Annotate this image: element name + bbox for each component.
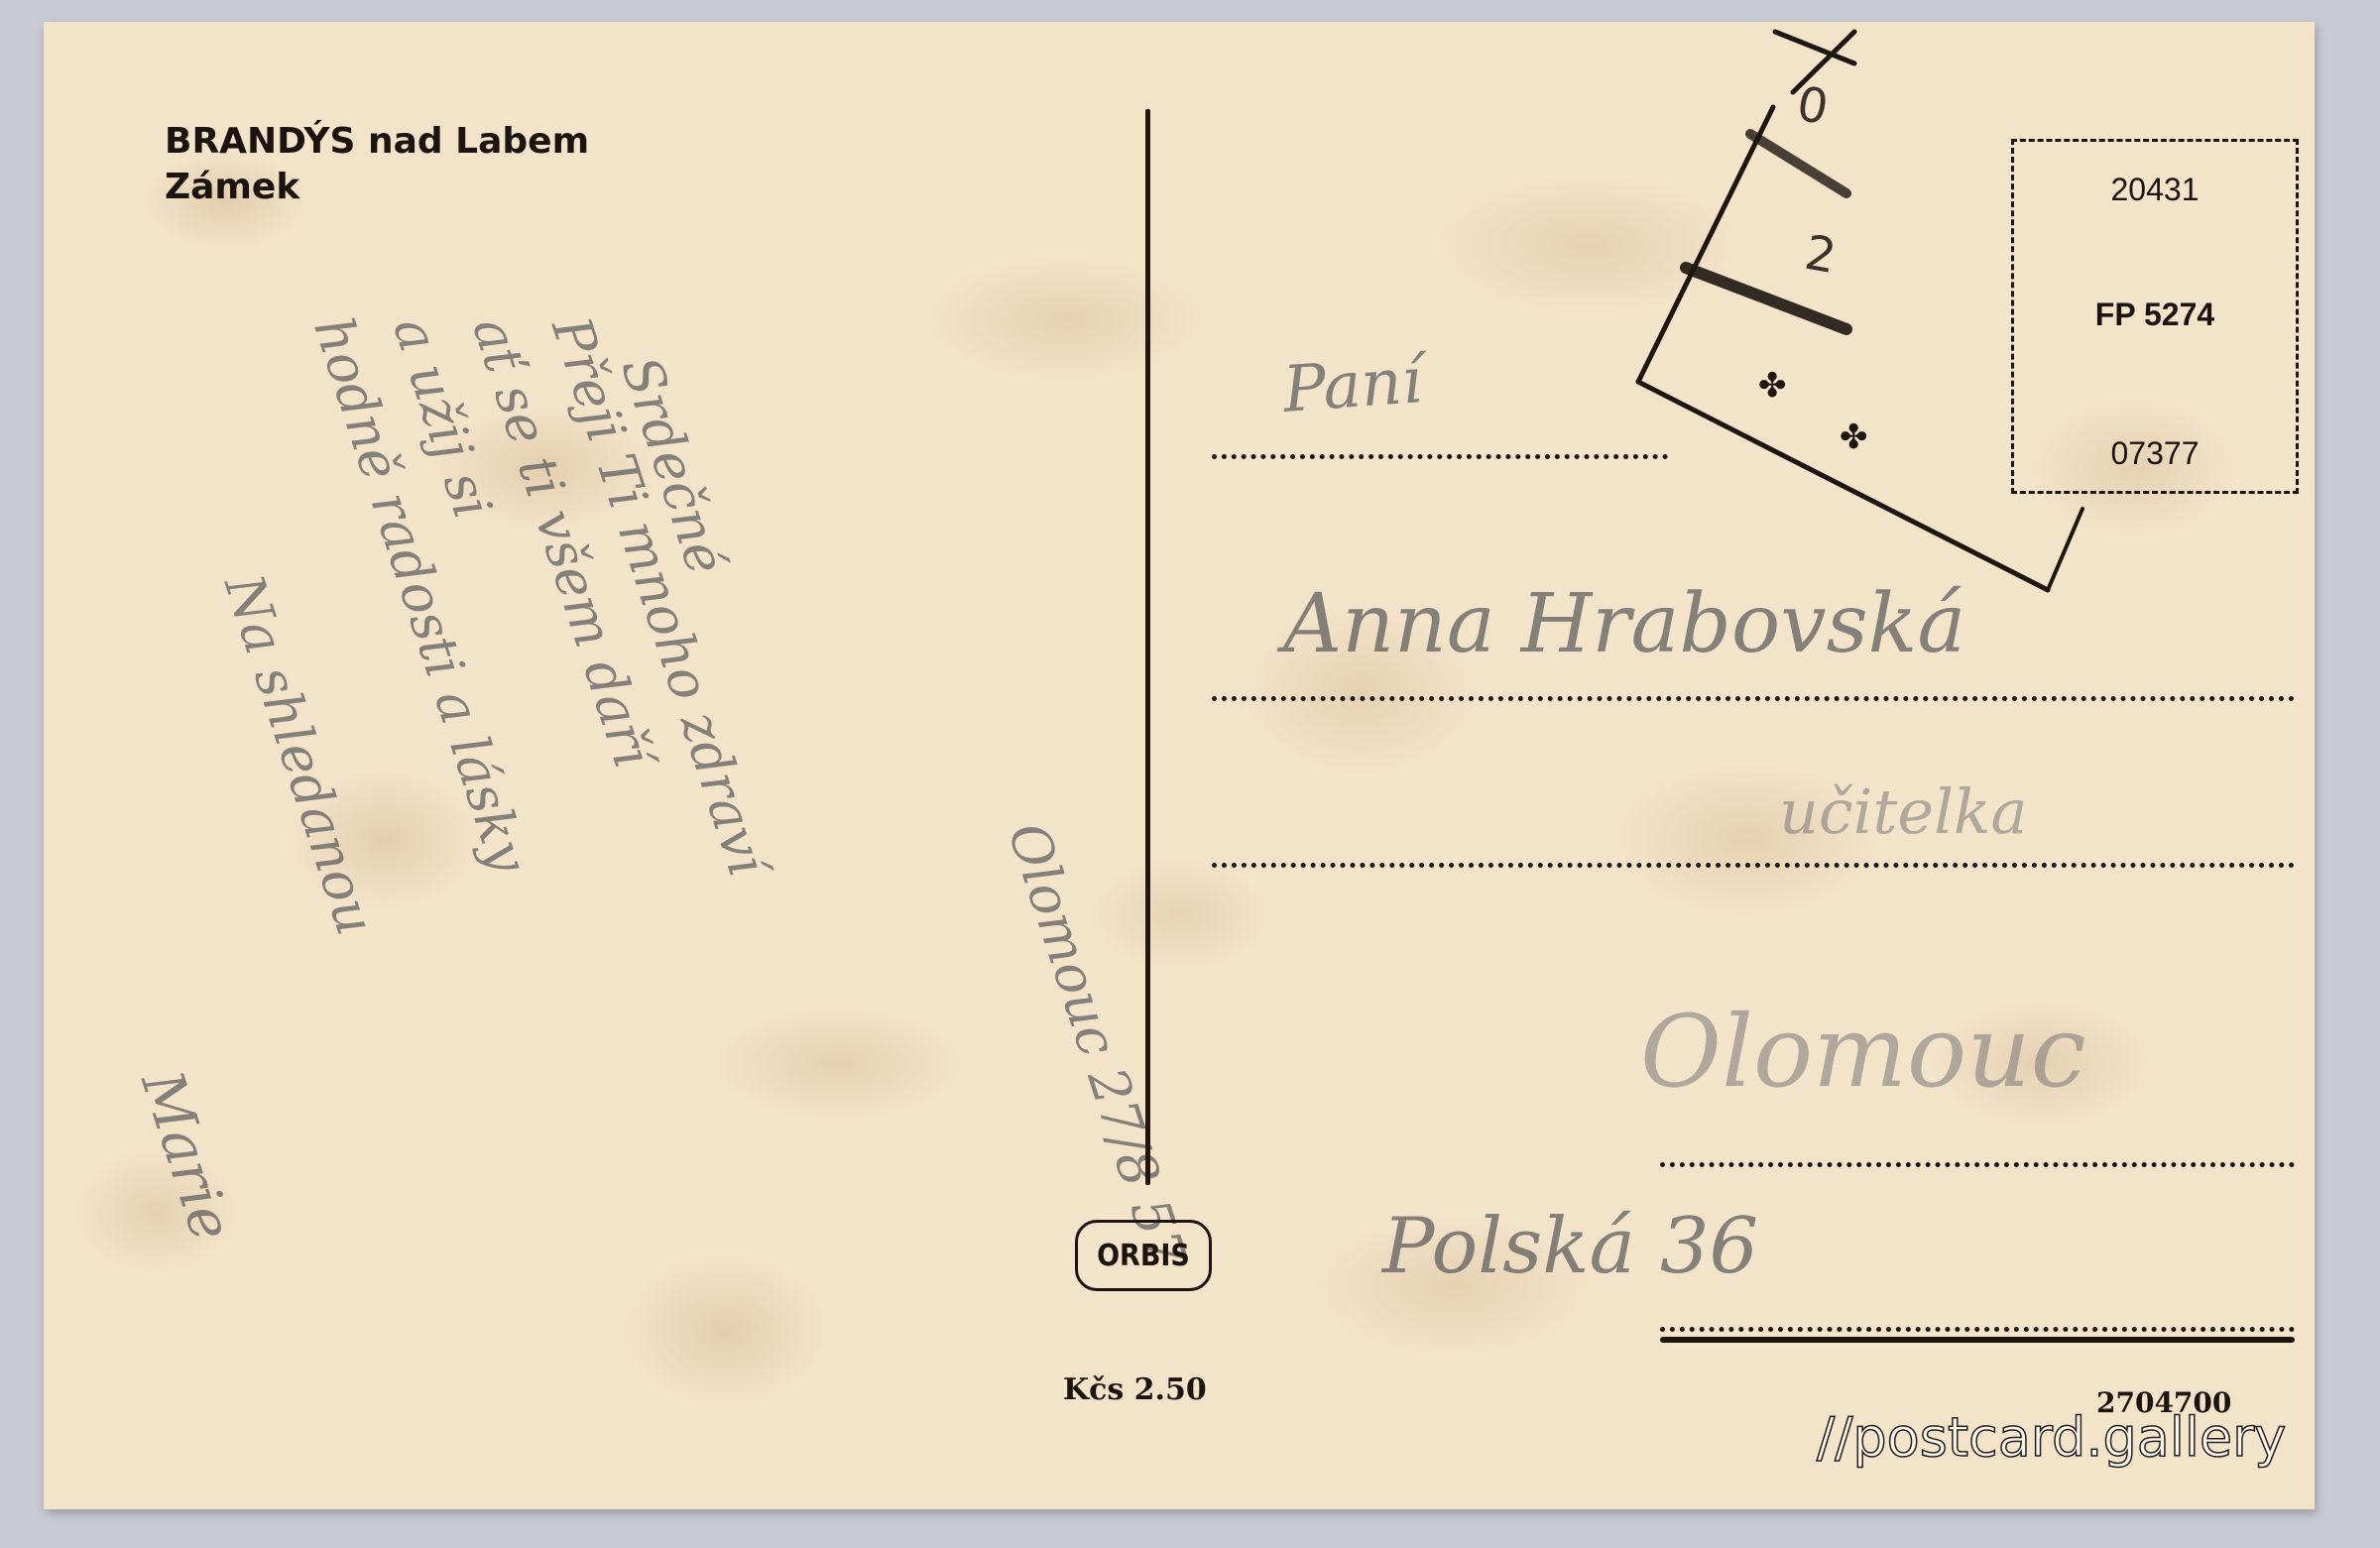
price-label: Kčs 2.50 (1063, 1372, 1207, 1407)
address-line-4 (1660, 1162, 2295, 1167)
caption-title: BRANDÝS nad Labem (165, 119, 589, 165)
stamp-box-line1: 20431 (2014, 172, 2296, 208)
postcard-back: BRANDÝS nad Labem Zámek Srdečné Přeji Ti… (44, 22, 2315, 1509)
stamp-box-fp: FP 5274 (2014, 297, 2296, 333)
address-line2: učitelka (1779, 775, 2027, 848)
stamp-box: 20431 FP 5274 07377 (2011, 139, 2299, 494)
vertical-divider (1145, 109, 1150, 1185)
watermark: //postcard.gallery (1817, 1406, 2286, 1469)
address-line-1 (1212, 454, 1668, 459)
message-signature: Marie (128, 1063, 246, 1249)
publisher-logo-orbis: ORBIS (1075, 1220, 1212, 1291)
stamp-box-line3: 07377 (2014, 435, 2296, 472)
caption-subtitle: Zámek (165, 165, 589, 210)
address-underline (1660, 1337, 2295, 1343)
message-line: Na shledanou (212, 567, 387, 942)
address-line-2 (1212, 696, 2295, 701)
address-city: Olomouc (1640, 994, 2086, 1110)
address-street: Polská 36 (1382, 1202, 1758, 1291)
handwritten-message: Srdečné Přeji Ti mnoho zdraví ať se ti v… (103, 290, 1095, 1380)
message-place-date: Olomouc 27/8 57 (996, 815, 1198, 1275)
postcard-caption: BRANDÝS nad Labem Zámek (165, 119, 589, 210)
address-line-3 (1212, 863, 2295, 868)
address-salutation: Paní (1281, 344, 1425, 427)
address-line-5 (1660, 1327, 2295, 1332)
address-name: Anna Hrabovská (1283, 577, 1965, 671)
